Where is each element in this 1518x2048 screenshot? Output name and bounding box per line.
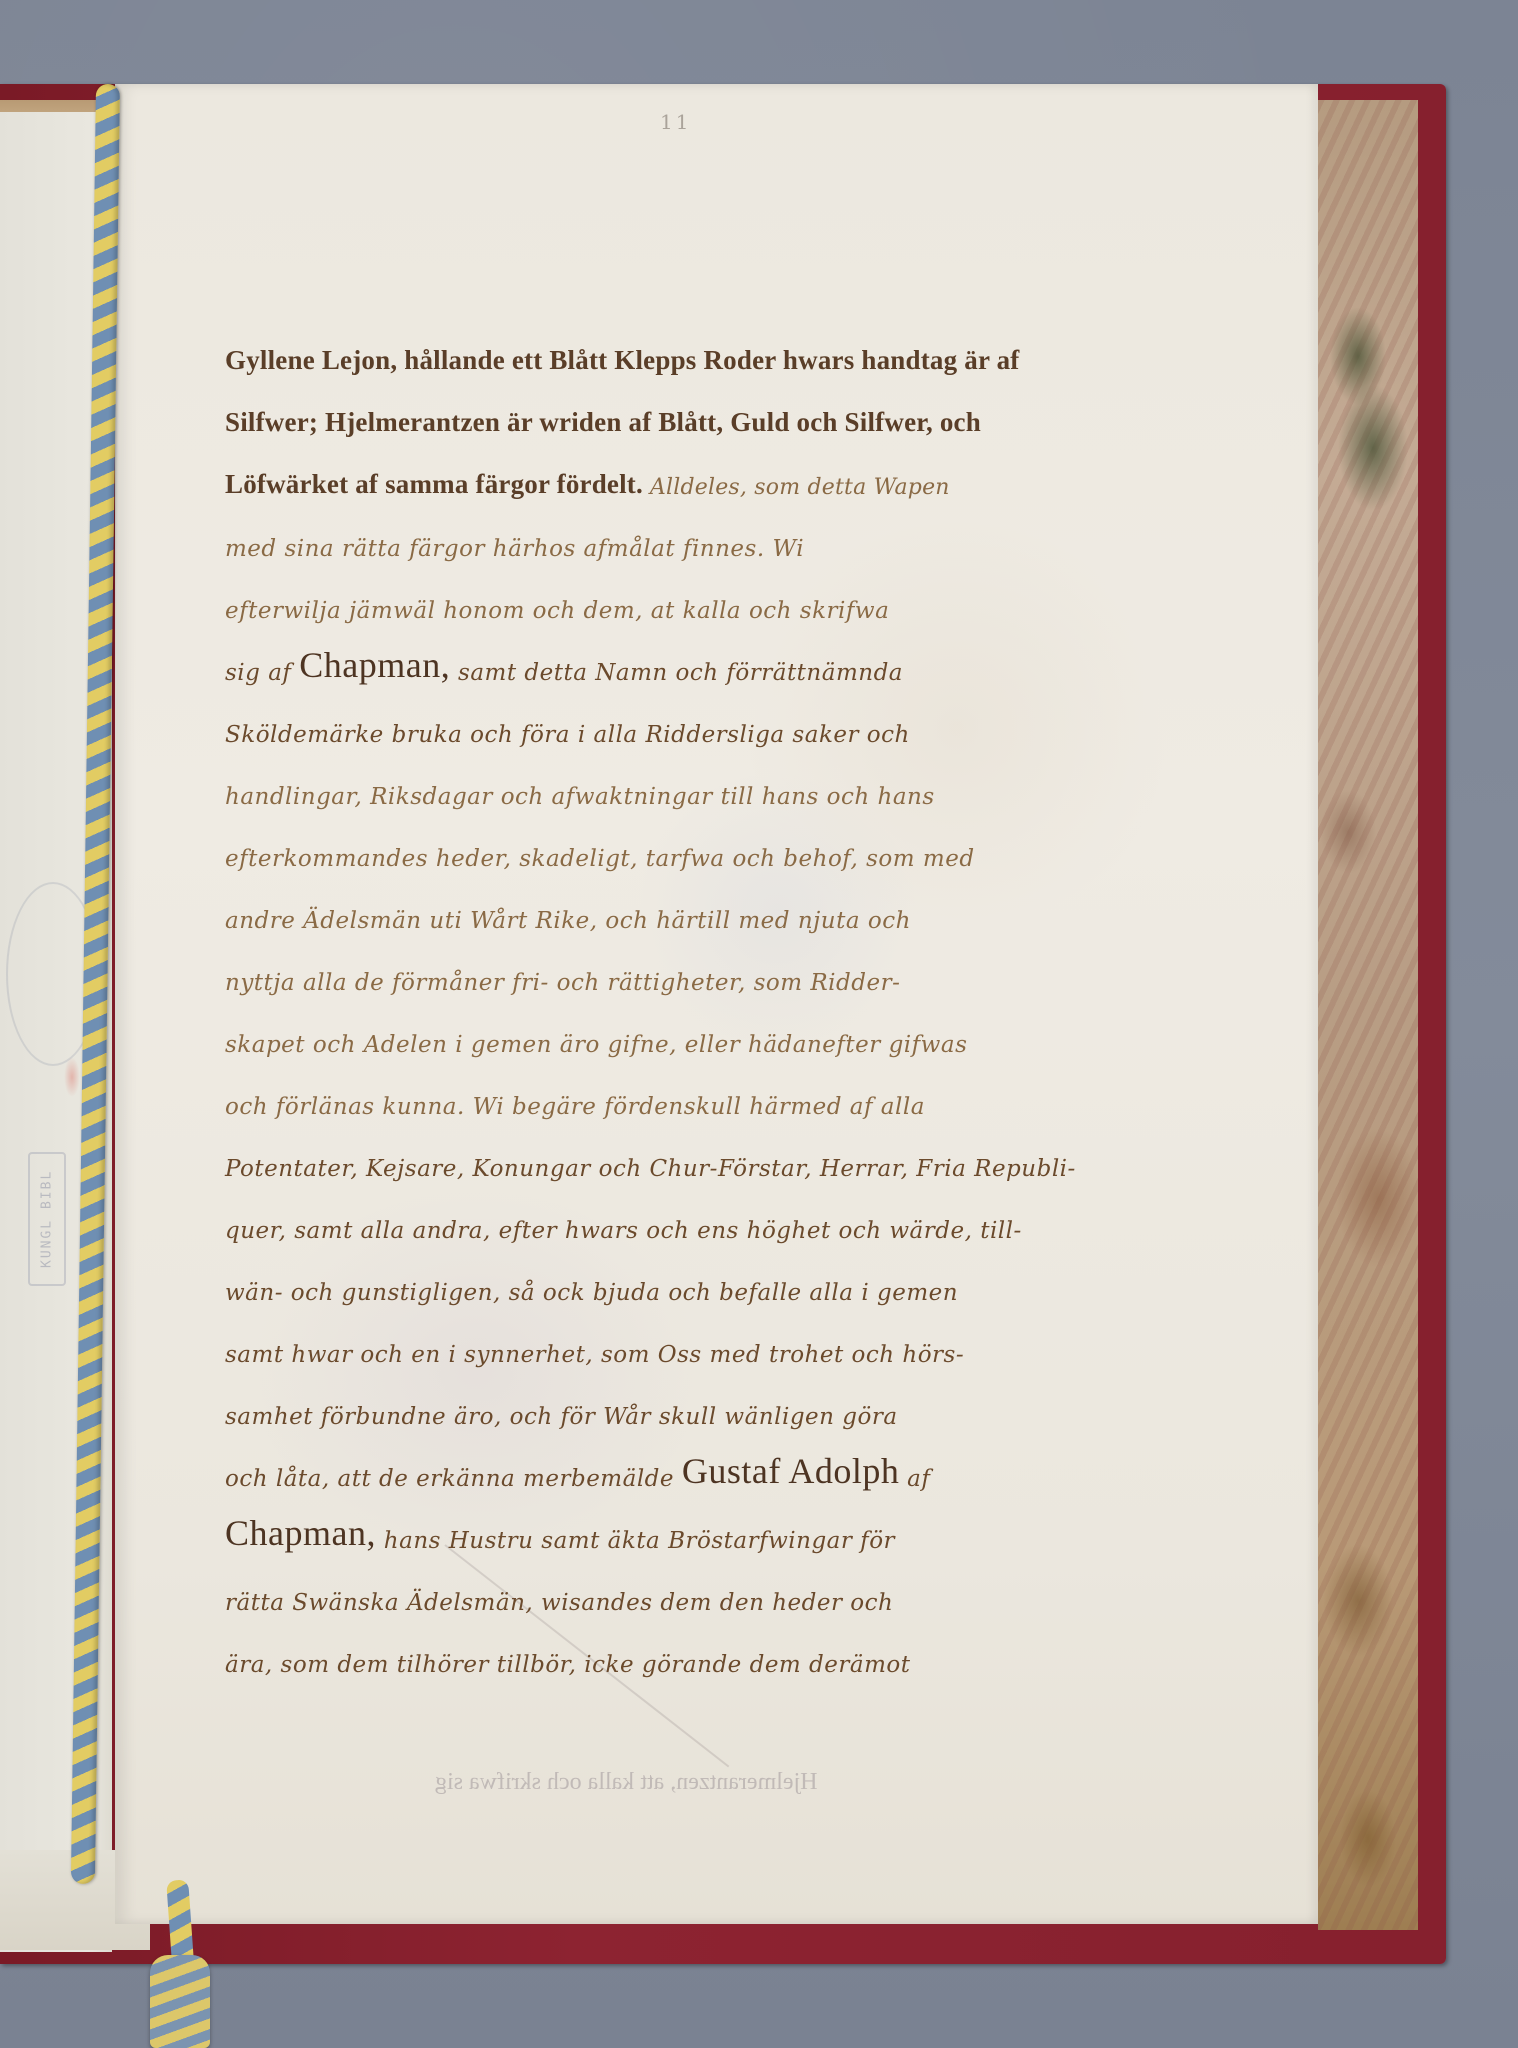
text-line: med sina rätta färgor härhos afmålat fin… xyxy=(225,500,1235,562)
marbled-endpaper xyxy=(1318,100,1418,1930)
text-line: och låta, att de erkänna merbemälde Gust… xyxy=(225,1430,1235,1492)
text-line: Potentater, Kejsare, Konungar och Chur-F… xyxy=(225,1120,1235,1182)
line-text: samhet förbundne äro, och för Wår skull … xyxy=(225,1404,898,1430)
show-through-text: Hjelmerantzen, att kalla och skrifwa sig xyxy=(435,1769,818,1796)
text-line: nyttja alla de förmåner fri- och rättigh… xyxy=(225,934,1235,996)
vellum-page: 11 Gyllene Lejon, hållande ett Blått Kle… xyxy=(115,84,1318,1924)
manuscript-text: Gyllene Lejon, hållande ett Blått Klepps… xyxy=(225,314,1235,1678)
line-text-fraktur: Löfwärket af samma färgor fördelt. xyxy=(225,469,643,500)
line-text: och låta, att de erkänna merbemälde xyxy=(225,1466,674,1492)
line-text: skapet och Adelen i gemen äro gifne, ell… xyxy=(225,1032,967,1058)
line-text: andre Ädelsmän uti Wårt Rike, och härtil… xyxy=(225,908,911,934)
line-text: efterkommandes heder, skadeligt, tarfwa … xyxy=(225,846,975,872)
text-line: Löfwärket af samma färgor fördelt. Allde… xyxy=(225,438,1235,500)
red-ink-smudge xyxy=(64,1057,80,1097)
line-text: sig af xyxy=(225,660,291,686)
line-text: Potentater, Kejsare, Konungar och Chur-F… xyxy=(225,1156,1076,1182)
line-text: handlingar, Riksdagar och afwaktningar t… xyxy=(225,784,935,810)
text-line: quer, samt alla andra, efter hwars och e… xyxy=(225,1182,1235,1244)
text-line: wän- och gunstigligen, så ock bjuda och … xyxy=(225,1244,1235,1306)
text-line: sig af Chapman, samt detta Namn och förr… xyxy=(225,624,1235,686)
text-line: efterkommandes heder, skadeligt, tarfwa … xyxy=(225,810,1235,872)
line-text: wän- och gunstigligen, så ock bjuda och … xyxy=(225,1280,958,1306)
text-line: Chapman, hans Hustru samt äkta Bröstarfw… xyxy=(225,1492,1235,1554)
text-line: samt hwar och en i synnerhet, som Oss me… xyxy=(225,1306,1235,1368)
line-text: rätta Swänska Ädelsmän, wisandes dem den… xyxy=(225,1590,893,1616)
line-text: samt detta Namn och förrättnämnda xyxy=(458,660,903,686)
line-text-cursive: Alldeles, som detta Wapen xyxy=(650,475,950,500)
line-text: och förlänas kunna. Wi begäre fördenskul… xyxy=(225,1094,925,1120)
family-name: Chapman, xyxy=(225,1512,376,1554)
line-text: efterwilja jämwäl honom och dem, at kall… xyxy=(225,598,889,624)
text-line: rätta Swänska Ädelsmän, wisandes dem den… xyxy=(225,1554,1235,1616)
line-text: Sköldemärke bruka och föra i alla Ridder… xyxy=(225,722,910,748)
line-text: Silfwer; Hjelmerantzen är wriden af Blåt… xyxy=(225,407,981,438)
text-line: Silfwer; Hjelmerantzen är wriden af Blåt… xyxy=(225,376,1235,438)
library-stamp: KUNGL BIBL xyxy=(28,1152,66,1286)
line-text: Gyllene Lejon, hållande ett Blått Klepps… xyxy=(225,345,1020,376)
line-text: hans Hustru samt äkta Bröstarfwingar för xyxy=(384,1528,895,1554)
text-line: andre Ädelsmän uti Wårt Rike, och härtil… xyxy=(225,872,1235,934)
text-line: skapet och Adelen i gemen äro gifne, ell… xyxy=(225,996,1235,1058)
line-text: ära, som dem tilhörer tillbör, icke göra… xyxy=(225,1652,911,1678)
line-text: med sina rätta färgor härhos afmålat fin… xyxy=(225,536,804,562)
page-number: 11 xyxy=(660,110,691,134)
text-line: och förlänas kunna. Wi begäre fördenskul… xyxy=(225,1058,1235,1120)
line-text: af xyxy=(907,1466,930,1492)
text-line: handlingar, Riksdagar och afwaktningar t… xyxy=(225,748,1235,810)
given-name: Gustaf Adolph xyxy=(682,1450,900,1492)
line-text: quer, samt alla andra, efter hwars och e… xyxy=(225,1218,1022,1244)
line-text: nyttja alla de förmåner fri- och rättigh… xyxy=(225,970,900,996)
text-line: efterwilja jämwäl honom och dem, at kall… xyxy=(225,562,1235,624)
text-line: Sköldemärke bruka och föra i alla Ridder… xyxy=(225,686,1235,748)
line-text: samt hwar och en i synnerhet, som Oss me… xyxy=(225,1342,964,1368)
text-line: samhet förbundne äro, och för Wår skull … xyxy=(225,1368,1235,1430)
text-line: ära, som dem tilhörer tillbör, icke göra… xyxy=(225,1616,1235,1678)
text-line: Gyllene Lejon, hållande ett Blått Klepps… xyxy=(225,314,1235,376)
family-name: Chapman, xyxy=(299,644,450,686)
cord-knot xyxy=(150,1955,210,2048)
